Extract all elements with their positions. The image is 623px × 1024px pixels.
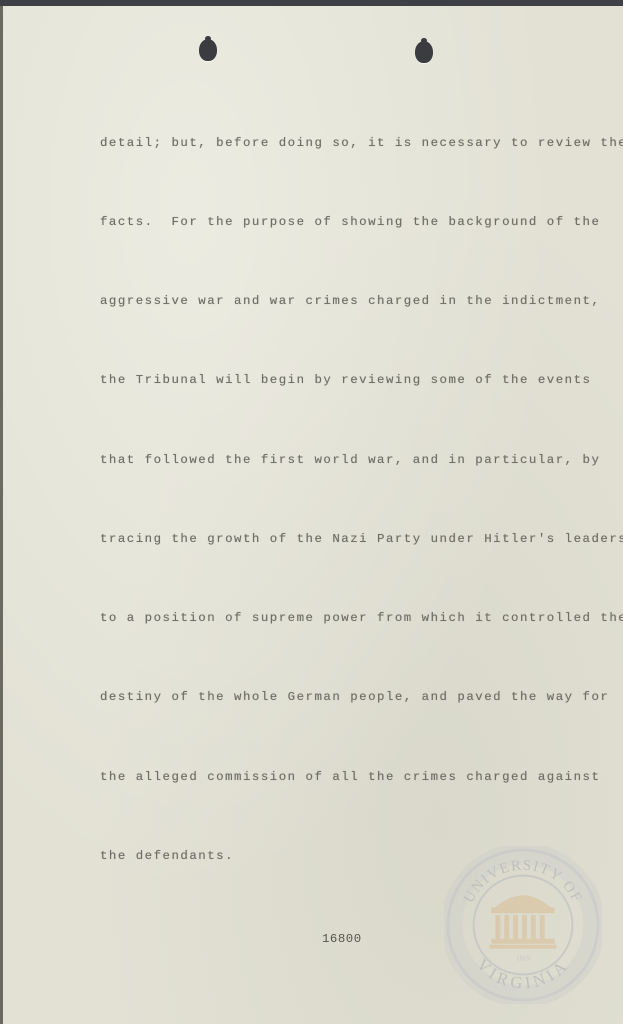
text-line: tracing the growth of the Nazi Party und… (100, 526, 600, 552)
text-line: that followed the first world war, and i… (100, 447, 600, 473)
text-line: facts. For the purpose of showing the ba… (100, 209, 600, 235)
text-line: to a position of supreme power from whic… (100, 605, 600, 631)
text-line: destiny of the whole German people, and … (100, 684, 600, 710)
text-line: aggressive war and war crimes charged in… (100, 288, 600, 314)
text-line: detail; but, before doing so, it is nece… (100, 130, 600, 156)
page-number: 16800 (322, 932, 362, 946)
typed-paragraph: detail; but, before doing so, it is nece… (100, 77, 600, 896)
text-line: the Tribunal will begin by reviewing som… (100, 367, 600, 393)
rotunda-icon: UNIVERSITY OF VIRGINIA 1819 (444, 846, 602, 1004)
punch-hole-icon (199, 39, 217, 61)
text-line: the alleged commission of all the crimes… (100, 764, 600, 790)
university-seal-watermark: UNIVERSITY OF VIRGINIA 1819 (444, 846, 602, 1004)
punch-hole-icon (415, 41, 433, 63)
svg-text:1819: 1819 (516, 956, 530, 963)
